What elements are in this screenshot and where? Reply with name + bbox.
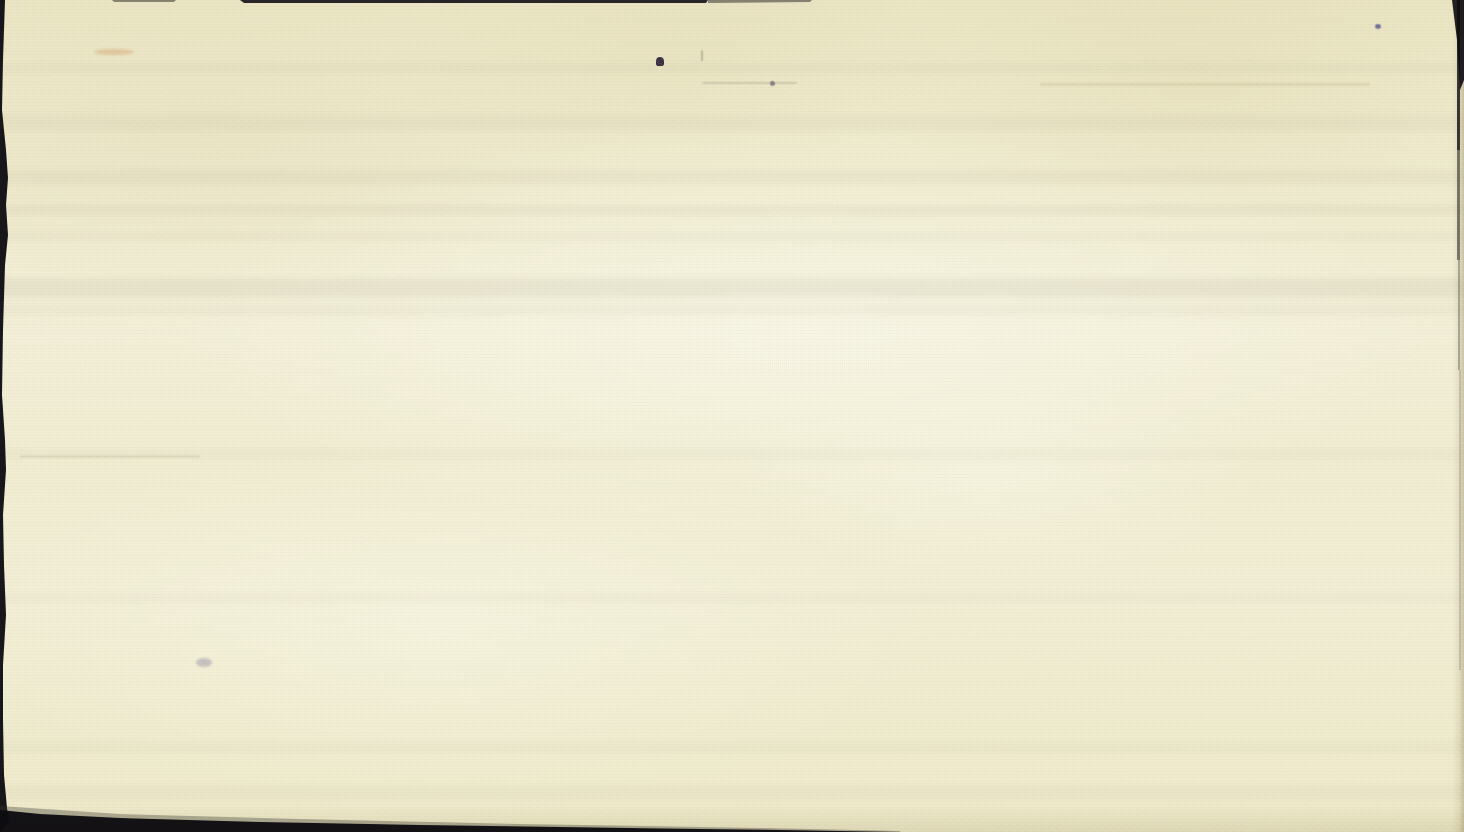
toner-band: [0, 63, 1464, 73]
toner-band: [0, 740, 1464, 754]
toner-band: [0, 448, 1464, 460]
orange-scuff: [94, 49, 134, 55]
ink-dot: [770, 81, 775, 86]
gray-dash-row: [702, 82, 797, 84]
blank-index-card: [0, 0, 1464, 832]
toner-band: [0, 786, 1464, 800]
blue-fleck: [1375, 24, 1381, 29]
scanned-card-page: [0, 0, 1464, 832]
toner-band: [0, 170, 1464, 184]
toner-band: [0, 115, 1464, 131]
left-mid-dash-row: [20, 455, 200, 458]
ink-speck: [656, 57, 664, 66]
toner-band: [0, 305, 1464, 315]
toner-band: [0, 232, 1464, 240]
toner-band: [0, 278, 1464, 298]
pencil-tick: [701, 50, 703, 61]
tan-dash-row: [1040, 83, 1370, 86]
purple-smudge: [196, 658, 212, 667]
toner-band: [0, 593, 1464, 603]
toner-band: [0, 205, 1464, 215]
